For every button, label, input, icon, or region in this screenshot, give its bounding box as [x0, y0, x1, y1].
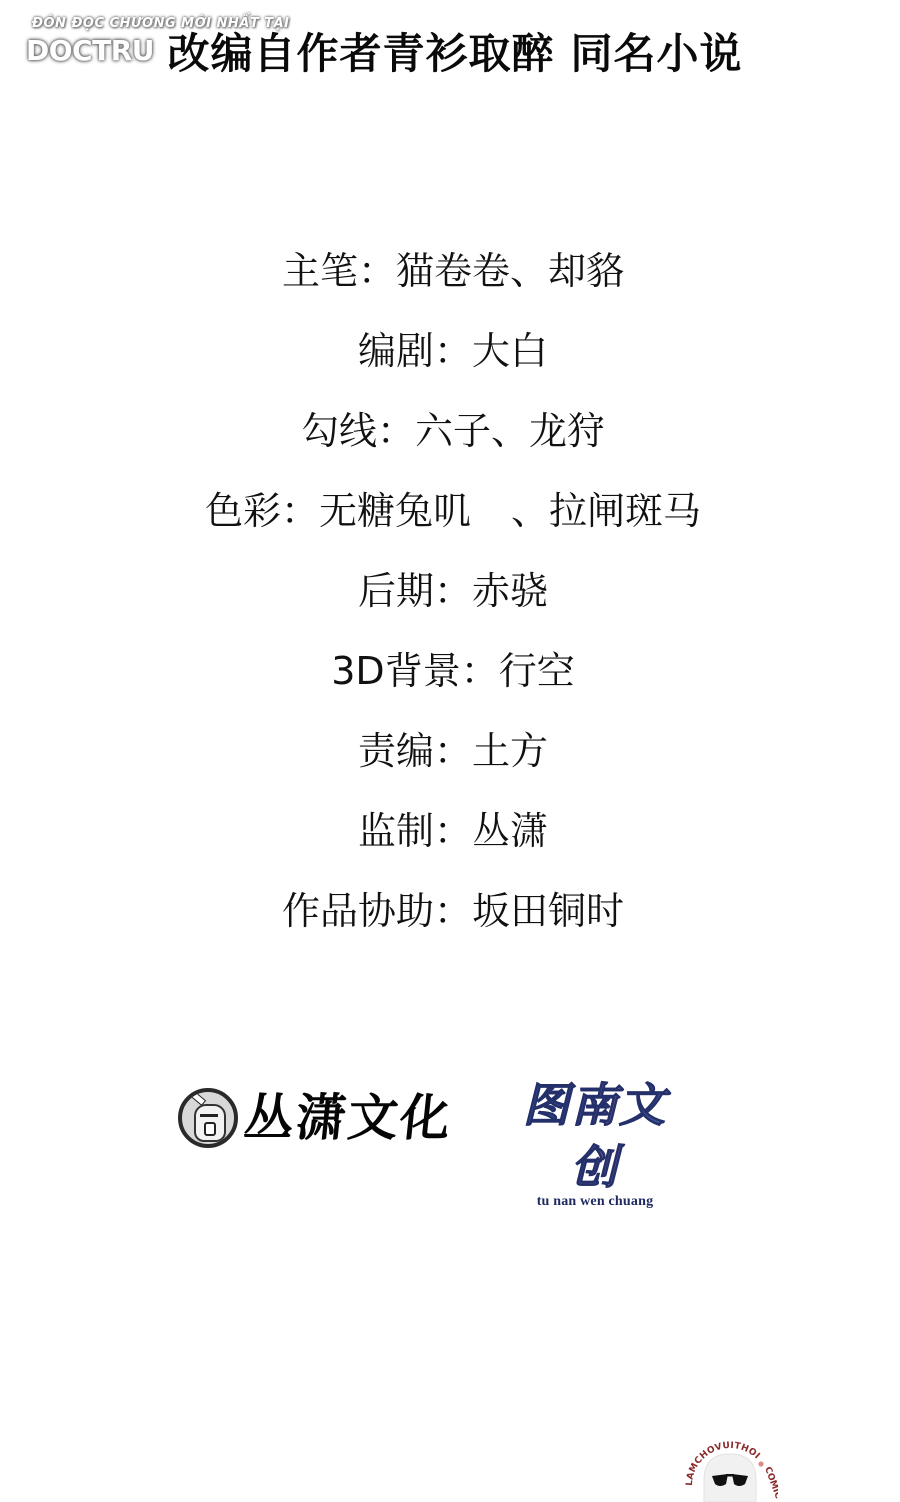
credit-names: 土方	[472, 729, 548, 773]
credit-role: 色彩	[205, 489, 281, 533]
credit-names-a: 无糖兔叽	[319, 489, 471, 533]
credit-names: 六子、龙狩	[415, 409, 605, 453]
title-part-1: 改编自作者青衫取醉	[167, 29, 554, 78]
credit-separator: ：	[434, 809, 472, 853]
tunan-subtitle: tu nan wen chuang	[500, 1194, 690, 1210]
credit-row-line-art: 勾线：六子、龙狩	[0, 408, 900, 488]
credit-names: 赤骁	[472, 569, 548, 613]
credit-separator: ：	[434, 329, 472, 373]
credit-row-lead-artist: 主笔：猫卷卷、却貉	[0, 248, 900, 328]
mascot-mouth	[204, 1122, 216, 1136]
credit-separator: ：	[281, 489, 319, 533]
credit-row-screenwriter: 编剧：大白	[0, 328, 900, 408]
credit-row-post-production: 后期：赤骁	[0, 568, 900, 648]
credit-role: 作品协助	[282, 889, 434, 933]
credit-separator: ：	[434, 729, 472, 773]
credits-list: 主笔：猫卷卷、却貉 编剧：大白 勾线：六子、龙狩 色彩：无糖兔叽、拉闸斑马 后期…	[0, 248, 900, 968]
credit-separator: ：	[434, 569, 472, 613]
credit-separator: ：	[358, 249, 396, 293]
credit-role: 监制	[358, 809, 434, 853]
page-title: 改编自作者青衫取醉同名小说	[0, 28, 900, 80]
ghost-sunglasses-icon: LAMCHOVUITHOI COMIC	[682, 1436, 778, 1502]
mascot-badge-icon	[178, 1088, 238, 1148]
credit-names: 丛潇	[472, 809, 548, 853]
credit-separator: ：	[461, 649, 499, 693]
congxiao-wordmark: 丛潇文化	[241, 1088, 455, 1148]
credit-names: 行空	[499, 649, 575, 693]
tunan-wenchuang-logo: 图南文创 tu nan wen chuang	[500, 1074, 690, 1164]
credit-role: 3D背景	[331, 649, 460, 693]
credit-role: 编剧	[358, 329, 434, 373]
credit-names-b: 、拉闸斑马	[511, 489, 701, 533]
credit-separator: ：	[434, 889, 472, 933]
credit-row-colors: 色彩：无糖兔叽、拉闸斑马	[0, 488, 900, 568]
credit-row-editor: 责编：土方	[0, 728, 900, 808]
credit-role: 责编	[358, 729, 434, 773]
mascot-eyes	[200, 1114, 218, 1121]
credit-names: 大白	[472, 329, 548, 373]
credit-row-assistance: 作品协助：坂田铜时	[0, 888, 900, 968]
credit-row-producer: 监制：丛潇	[0, 808, 900, 888]
title-part-2: 同名小说	[571, 29, 743, 78]
tunan-wordmark: 图南文创	[500, 1074, 690, 1198]
credit-names: 坂田铜时	[472, 889, 624, 933]
credit-role: 后期	[358, 569, 434, 613]
ghost-arc-text-right: COMIC	[762, 1466, 778, 1501]
credit-role: 主笔	[282, 249, 358, 293]
studio-logos: 丛潇文化 图南文创 tu nan wen chuang	[178, 1074, 698, 1164]
credit-separator: ：	[377, 409, 415, 453]
credit-row-3d-background: 3D背景：行空	[0, 648, 900, 728]
congxiao-culture-logo: 丛潇文化	[178, 1086, 452, 1150]
credit-names: 猫卷卷、却貉	[396, 249, 624, 293]
credit-role: 勾线	[301, 409, 377, 453]
